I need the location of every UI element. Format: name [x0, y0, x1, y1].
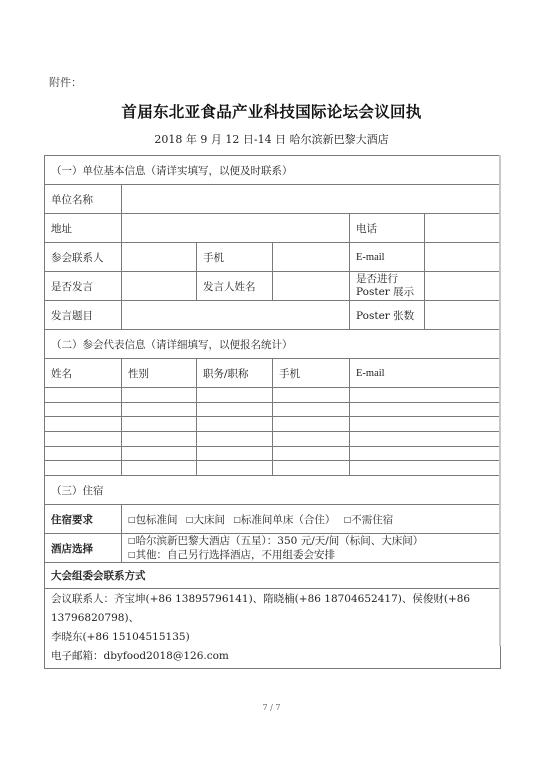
speaker-name-label: 发言人姓名	[197, 272, 273, 301]
delegate-title-cell[interactable]	[197, 446, 273, 461]
delegate-name-cell[interactable]	[45, 432, 122, 447]
delegate-gender-cell[interactable]	[122, 402, 197, 417]
checkbox-icon[interactable]: □	[128, 550, 136, 559]
delegate-mobile-cell[interactable]	[273, 446, 350, 461]
poster-display-label-line1: 是否进行	[356, 273, 424, 286]
delegate-row	[45, 461, 501, 476]
address-label: 地址	[45, 214, 122, 243]
table-right-border	[499, 155, 501, 646]
delegate-email-cell[interactable]	[350, 461, 501, 476]
section2-heading: （二）参会代表信息（请详细填写，以便报名统计）	[45, 330, 501, 359]
contacts-line2: 李晓东(+86 15104515135)	[51, 628, 500, 647]
col-header-email: E-mail	[350, 359, 501, 388]
delegate-title-cell[interactable]	[197, 417, 273, 432]
delegate-row	[45, 432, 501, 447]
contact-person-field[interactable]	[122, 243, 197, 272]
phone-field[interactable]	[425, 214, 501, 243]
delegate-name-cell[interactable]	[45, 417, 122, 432]
delegate-email-cell[interactable]	[350, 446, 501, 461]
topic-label: 发言题目	[45, 301, 122, 330]
delegate-name-cell[interactable]	[45, 461, 122, 476]
page-number: 7 / 7	[0, 703, 543, 712]
delegate-header-row: 姓名 性别 职务/职称 手机 E-mail	[45, 359, 501, 388]
delegate-gender-cell[interactable]	[122, 417, 197, 432]
delegate-email-cell[interactable]	[350, 432, 501, 447]
delegate-gender-cell[interactable]	[122, 432, 197, 447]
delegate-name-cell[interactable]	[45, 388, 122, 403]
delegate-row	[45, 388, 501, 403]
poster-count-label: Poster 张数	[350, 301, 425, 330]
option-harbin-new-paris-hotel[interactable]: □哈尔滨新巴黎大酒店（五星）：350 元/天/间（标间、大床间）	[128, 534, 500, 548]
email-label: E-mail	[350, 243, 425, 272]
organizer-contacts: 会议联系人：齐宝坤(+86 13895796141)、隋晓楠(+86 18704…	[45, 589, 501, 669]
contacts-line1: 会议联系人：齐宝坤(+86 13895796141)、隋晓楠(+86 18704…	[51, 590, 500, 628]
option-other-hotel[interactable]: □其他：自己另行选择酒店，不用组委会安排	[128, 548, 500, 562]
speaker-name-field[interactable]	[273, 272, 350, 301]
option-king-room[interactable]: □大床间	[186, 514, 225, 526]
delegate-row	[45, 402, 501, 417]
delegate-mobile-cell[interactable]	[273, 402, 350, 417]
mobile-field[interactable]	[273, 243, 350, 272]
delegate-row	[45, 417, 501, 432]
delegate-name-cell[interactable]	[45, 402, 122, 417]
section1-heading: （一）单位基本信息（请详实填写，以便及时联系）	[45, 156, 501, 185]
poster-display-label: 是否进行 Poster 展示	[350, 272, 425, 301]
checkbox-icon[interactable]: □	[128, 536, 136, 545]
accommodation-requirement-label: 住宿要求	[45, 505, 122, 534]
option-shared-bed[interactable]: □标准间单床（合住）	[233, 514, 335, 526]
checkbox-icon[interactable]: □	[233, 515, 241, 524]
organizer-heading: 大会组委会联系方式	[45, 563, 501, 589]
topic-field[interactable]	[122, 301, 350, 330]
delegate-email-cell[interactable]	[350, 417, 501, 432]
col-header-gender: 性别	[122, 359, 197, 388]
registration-form-table: （一）单位基本信息（请详实填写，以便及时联系） 单位名称 地址 电话 参会联系人…	[44, 155, 501, 669]
document-title: 首届东北亚食品产业科技国际论坛会议回执	[0, 100, 543, 122]
delegate-mobile-cell[interactable]	[273, 388, 350, 403]
col-header-name: 姓名	[45, 359, 122, 388]
contact-email: 电子邮箱：dbyfood2018@126.com	[51, 647, 500, 666]
delegate-mobile-cell[interactable]	[273, 417, 350, 432]
address-field[interactable]	[122, 214, 350, 243]
section3-heading: （三）住宿	[45, 476, 501, 505]
delegate-gender-cell[interactable]	[122, 461, 197, 476]
email-field[interactable]	[425, 243, 501, 272]
speak-label: 是否发言	[45, 272, 122, 301]
delegate-email-cell[interactable]	[350, 388, 501, 403]
accommodation-options: □包标准间 □大床间 □标准间单床（合住） □不需住宿	[122, 505, 501, 534]
delegate-mobile-cell[interactable]	[273, 432, 350, 447]
delegate-title-cell[interactable]	[197, 432, 273, 447]
delegate-gender-cell[interactable]	[122, 388, 197, 403]
hotel-choice-label: 酒店选择	[45, 534, 122, 563]
delegate-email-cell[interactable]	[350, 402, 501, 417]
delegate-name-cell[interactable]	[45, 446, 122, 461]
delegate-title-cell[interactable]	[197, 461, 273, 476]
delegate-title-cell[interactable]	[197, 388, 273, 403]
hotel-options: □哈尔滨新巴黎大酒店（五星）：350 元/天/间（标间、大床间） □其他：自己另…	[122, 534, 501, 563]
checkbox-icon[interactable]: □	[128, 515, 136, 524]
delegate-row	[45, 446, 501, 461]
col-header-mobile: 手机	[273, 359, 350, 388]
speak-field[interactable]	[122, 272, 197, 301]
col-header-title: 职务/职称	[197, 359, 273, 388]
option-standard-room[interactable]: □包标准间	[128, 514, 178, 526]
org-name-label: 单位名称	[45, 185, 122, 214]
option-no-accommodation[interactable]: □不需住宿	[344, 514, 394, 526]
mobile-label: 手机	[197, 243, 273, 272]
phone-label: 电话	[350, 214, 425, 243]
poster-display-field[interactable]	[425, 272, 501, 301]
delegate-gender-cell[interactable]	[122, 446, 197, 461]
delegate-title-cell[interactable]	[197, 402, 273, 417]
document-subtitle: 2018 年 9 月 12 日-14 日 哈尔滨新巴黎大酒店	[0, 131, 543, 147]
poster-count-field[interactable]	[425, 301, 501, 330]
poster-display-label-line2: Poster 展示	[356, 286, 424, 299]
contact-person-label: 参会联系人	[45, 243, 122, 272]
attachment-label: 附件：	[49, 74, 82, 90]
org-name-field[interactable]	[122, 185, 501, 214]
delegate-mobile-cell[interactable]	[273, 461, 350, 476]
